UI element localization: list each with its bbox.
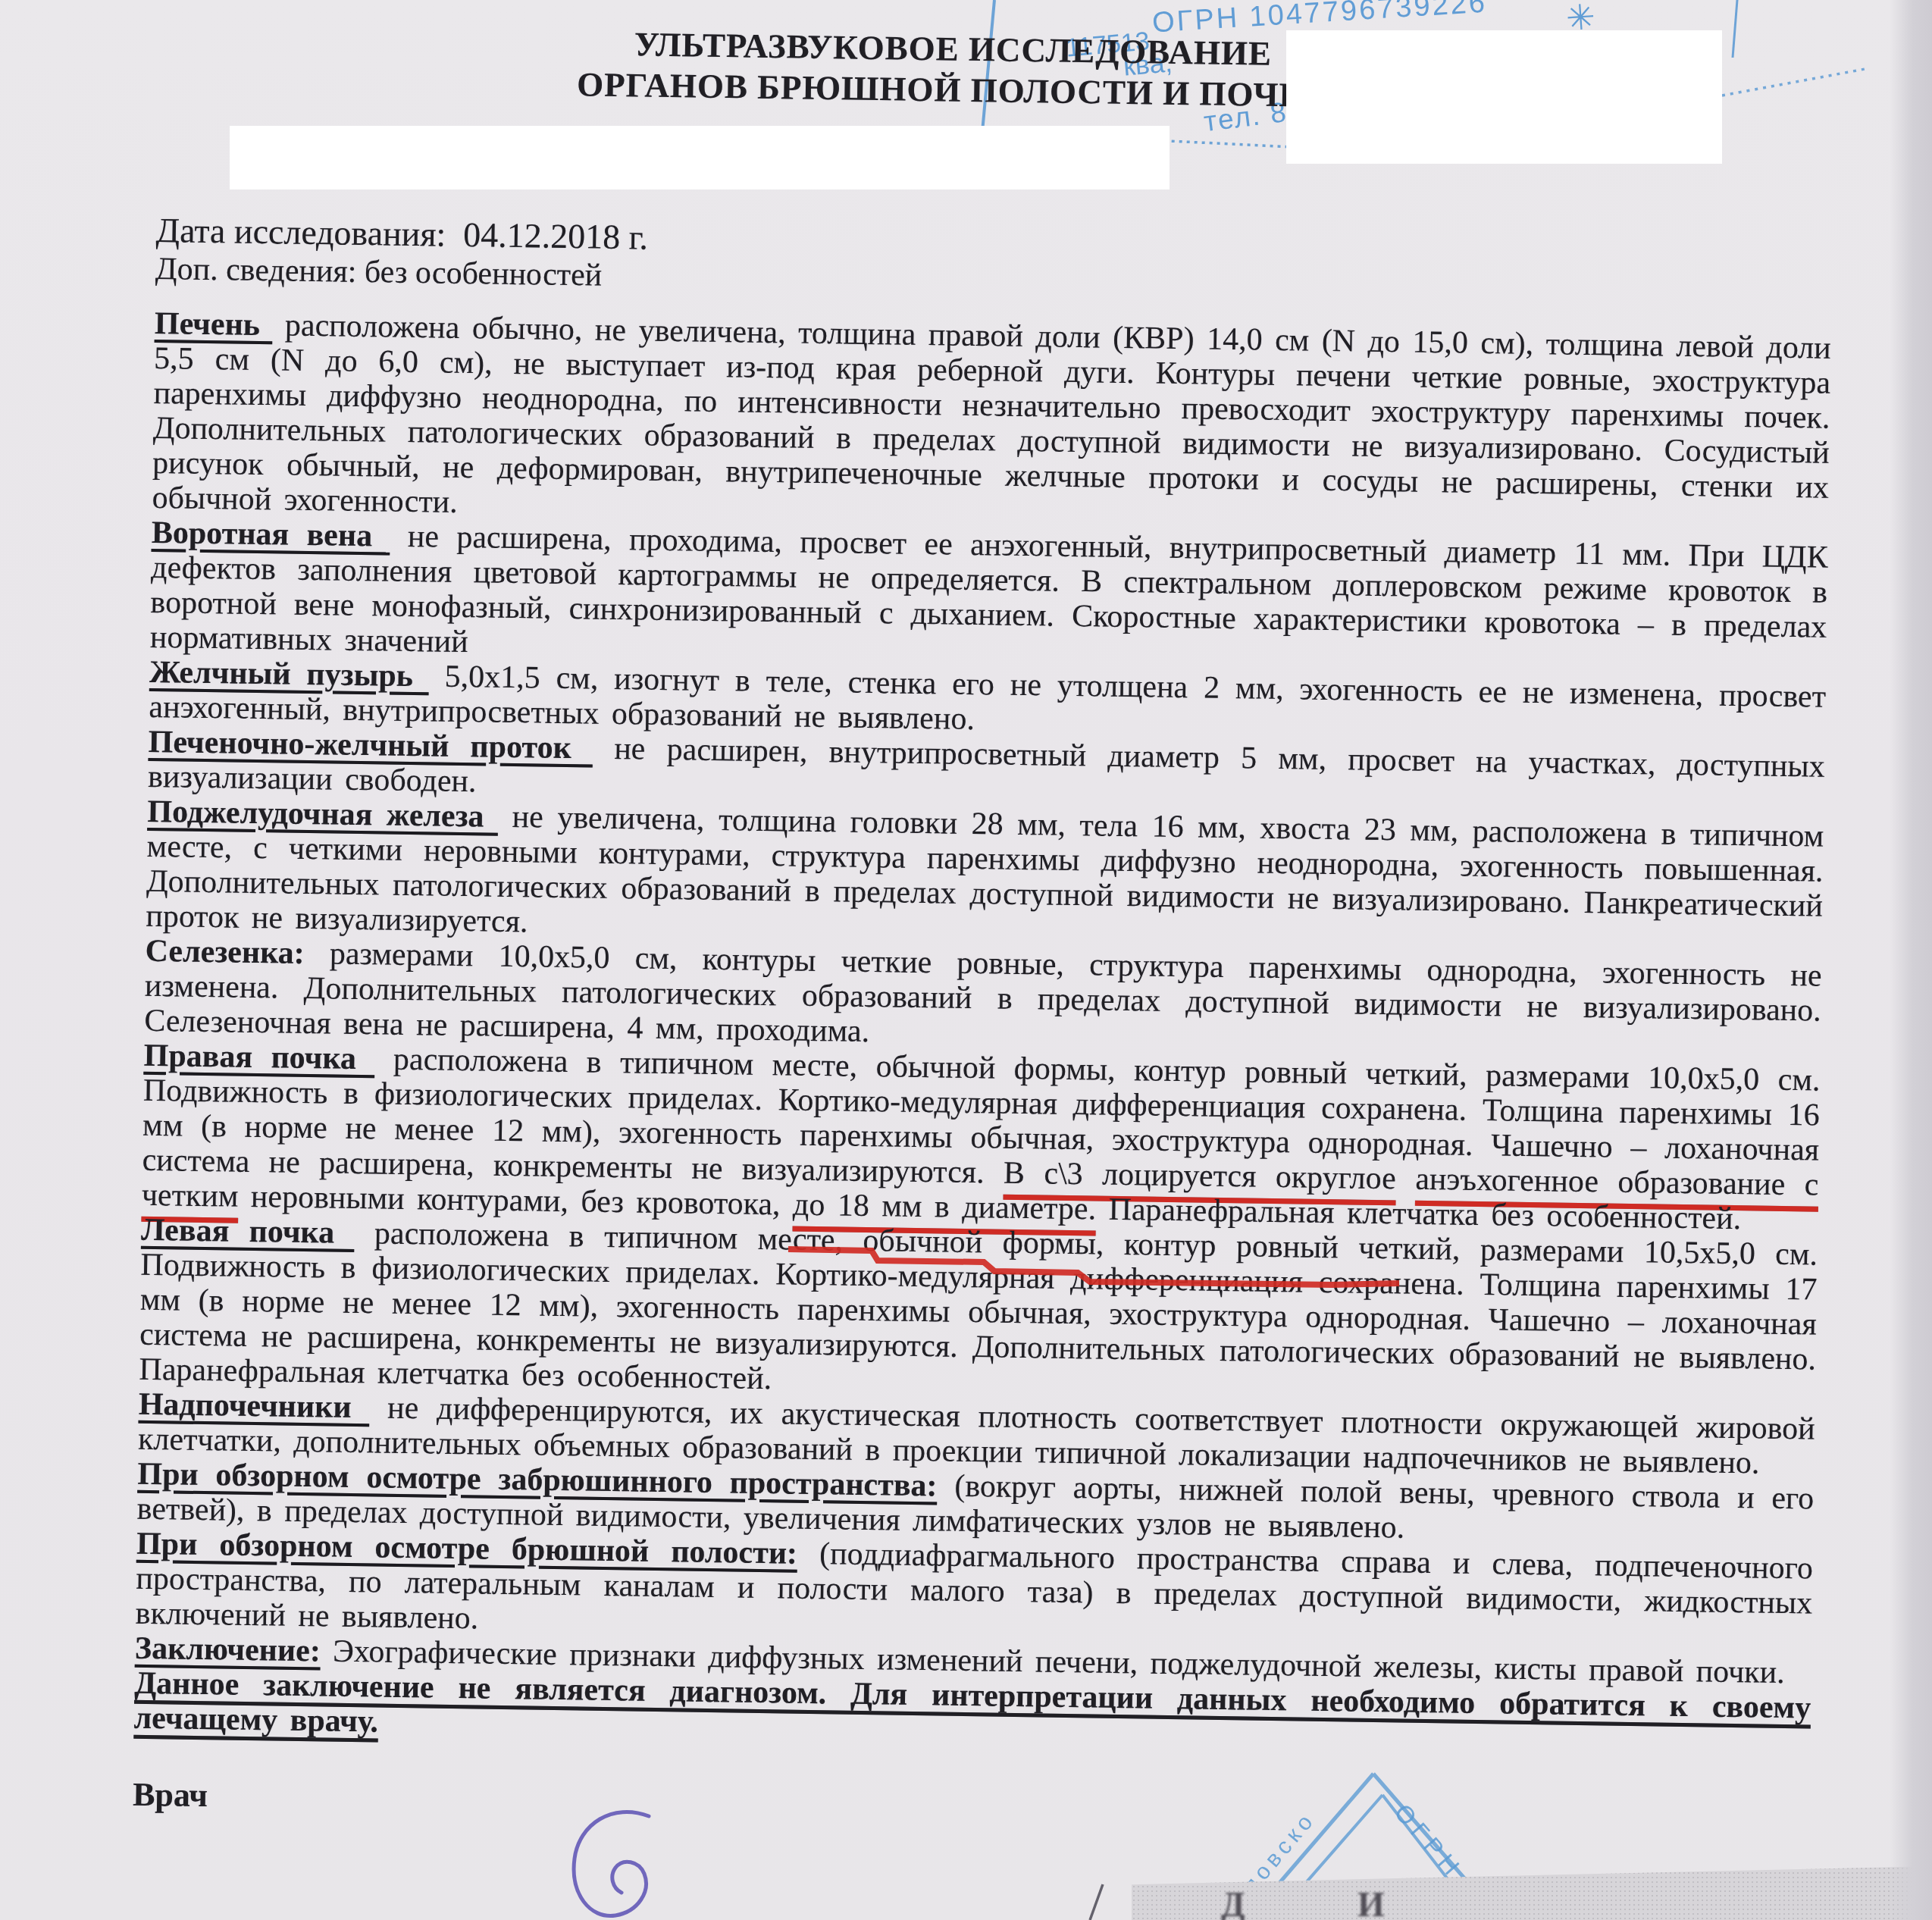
section-heading: Печень	[155, 306, 273, 343]
red-underlined-finding: до 18 мм в диаметре.	[793, 1188, 1097, 1227]
doctor-name-pixelated-redaction: Д И	[1132, 1866, 1932, 1920]
doctor-label: Врач	[133, 1775, 1810, 1839]
section-liver: Печень расположена обычно, не увеличена,…	[152, 306, 1831, 540]
section-heading: Желчный пузырь	[149, 655, 429, 694]
findings: Печень расположена обычно, не увеличена,…	[133, 306, 1831, 1761]
pen-scribble-mark	[574, 1812, 649, 1915]
section-text: не расширена, проходима, просвет ее анэх…	[150, 519, 1828, 659]
section-portal-vein: Воротная вена не расширена, проходима, п…	[150, 515, 1828, 680]
section-heading: Заключение:	[135, 1631, 321, 1669]
redaction-box-stamp-area	[1286, 30, 1722, 164]
section-left-kidney: Левая почка расположена в типичном месте…	[139, 1213, 1818, 1412]
section-heading: Поджелудочная железа	[147, 794, 498, 835]
section-heading: Левая почка	[141, 1213, 355, 1251]
section-right-kidney: Правая почка расположена в типичном мест…	[142, 1038, 1821, 1238]
scanned-ultrasound-report: ОГРН 1047796739226 117513 ква, тел. 8-49…	[0, 0, 1932, 1920]
section-pancreas: Поджелудочная железа не увеличена, толщи…	[146, 794, 1824, 959]
pen-slash-mark	[1090, 1884, 1103, 1920]
red-underlined-finding: В с\3 лоцируется округлое	[1004, 1156, 1397, 1197]
redacted-letter: И	[1357, 1884, 1385, 1920]
section-text: расположена обычно, не увеличена, толщин…	[152, 309, 1831, 520]
section-heading: Правая почка	[143, 1038, 374, 1077]
section-heading: Воротная вена	[152, 515, 390, 554]
section-heading: Надпочечники	[138, 1387, 369, 1426]
redacted-letter: Д	[1221, 1884, 1245, 1920]
section-heading: Селезенка:	[145, 934, 305, 971]
section-text: расположена в типичном месте, обычной фо…	[139, 1216, 1818, 1396]
document-content: УЛЬТРАЗВУКОВОЕ ИССЛЕДОВАНИЕ ОРГАНОВ БРЮШ…	[133, 17, 1836, 1839]
redaction-box-patient-info	[230, 126, 1170, 189]
scan-edge-shadow	[1890, 0, 1932, 1920]
